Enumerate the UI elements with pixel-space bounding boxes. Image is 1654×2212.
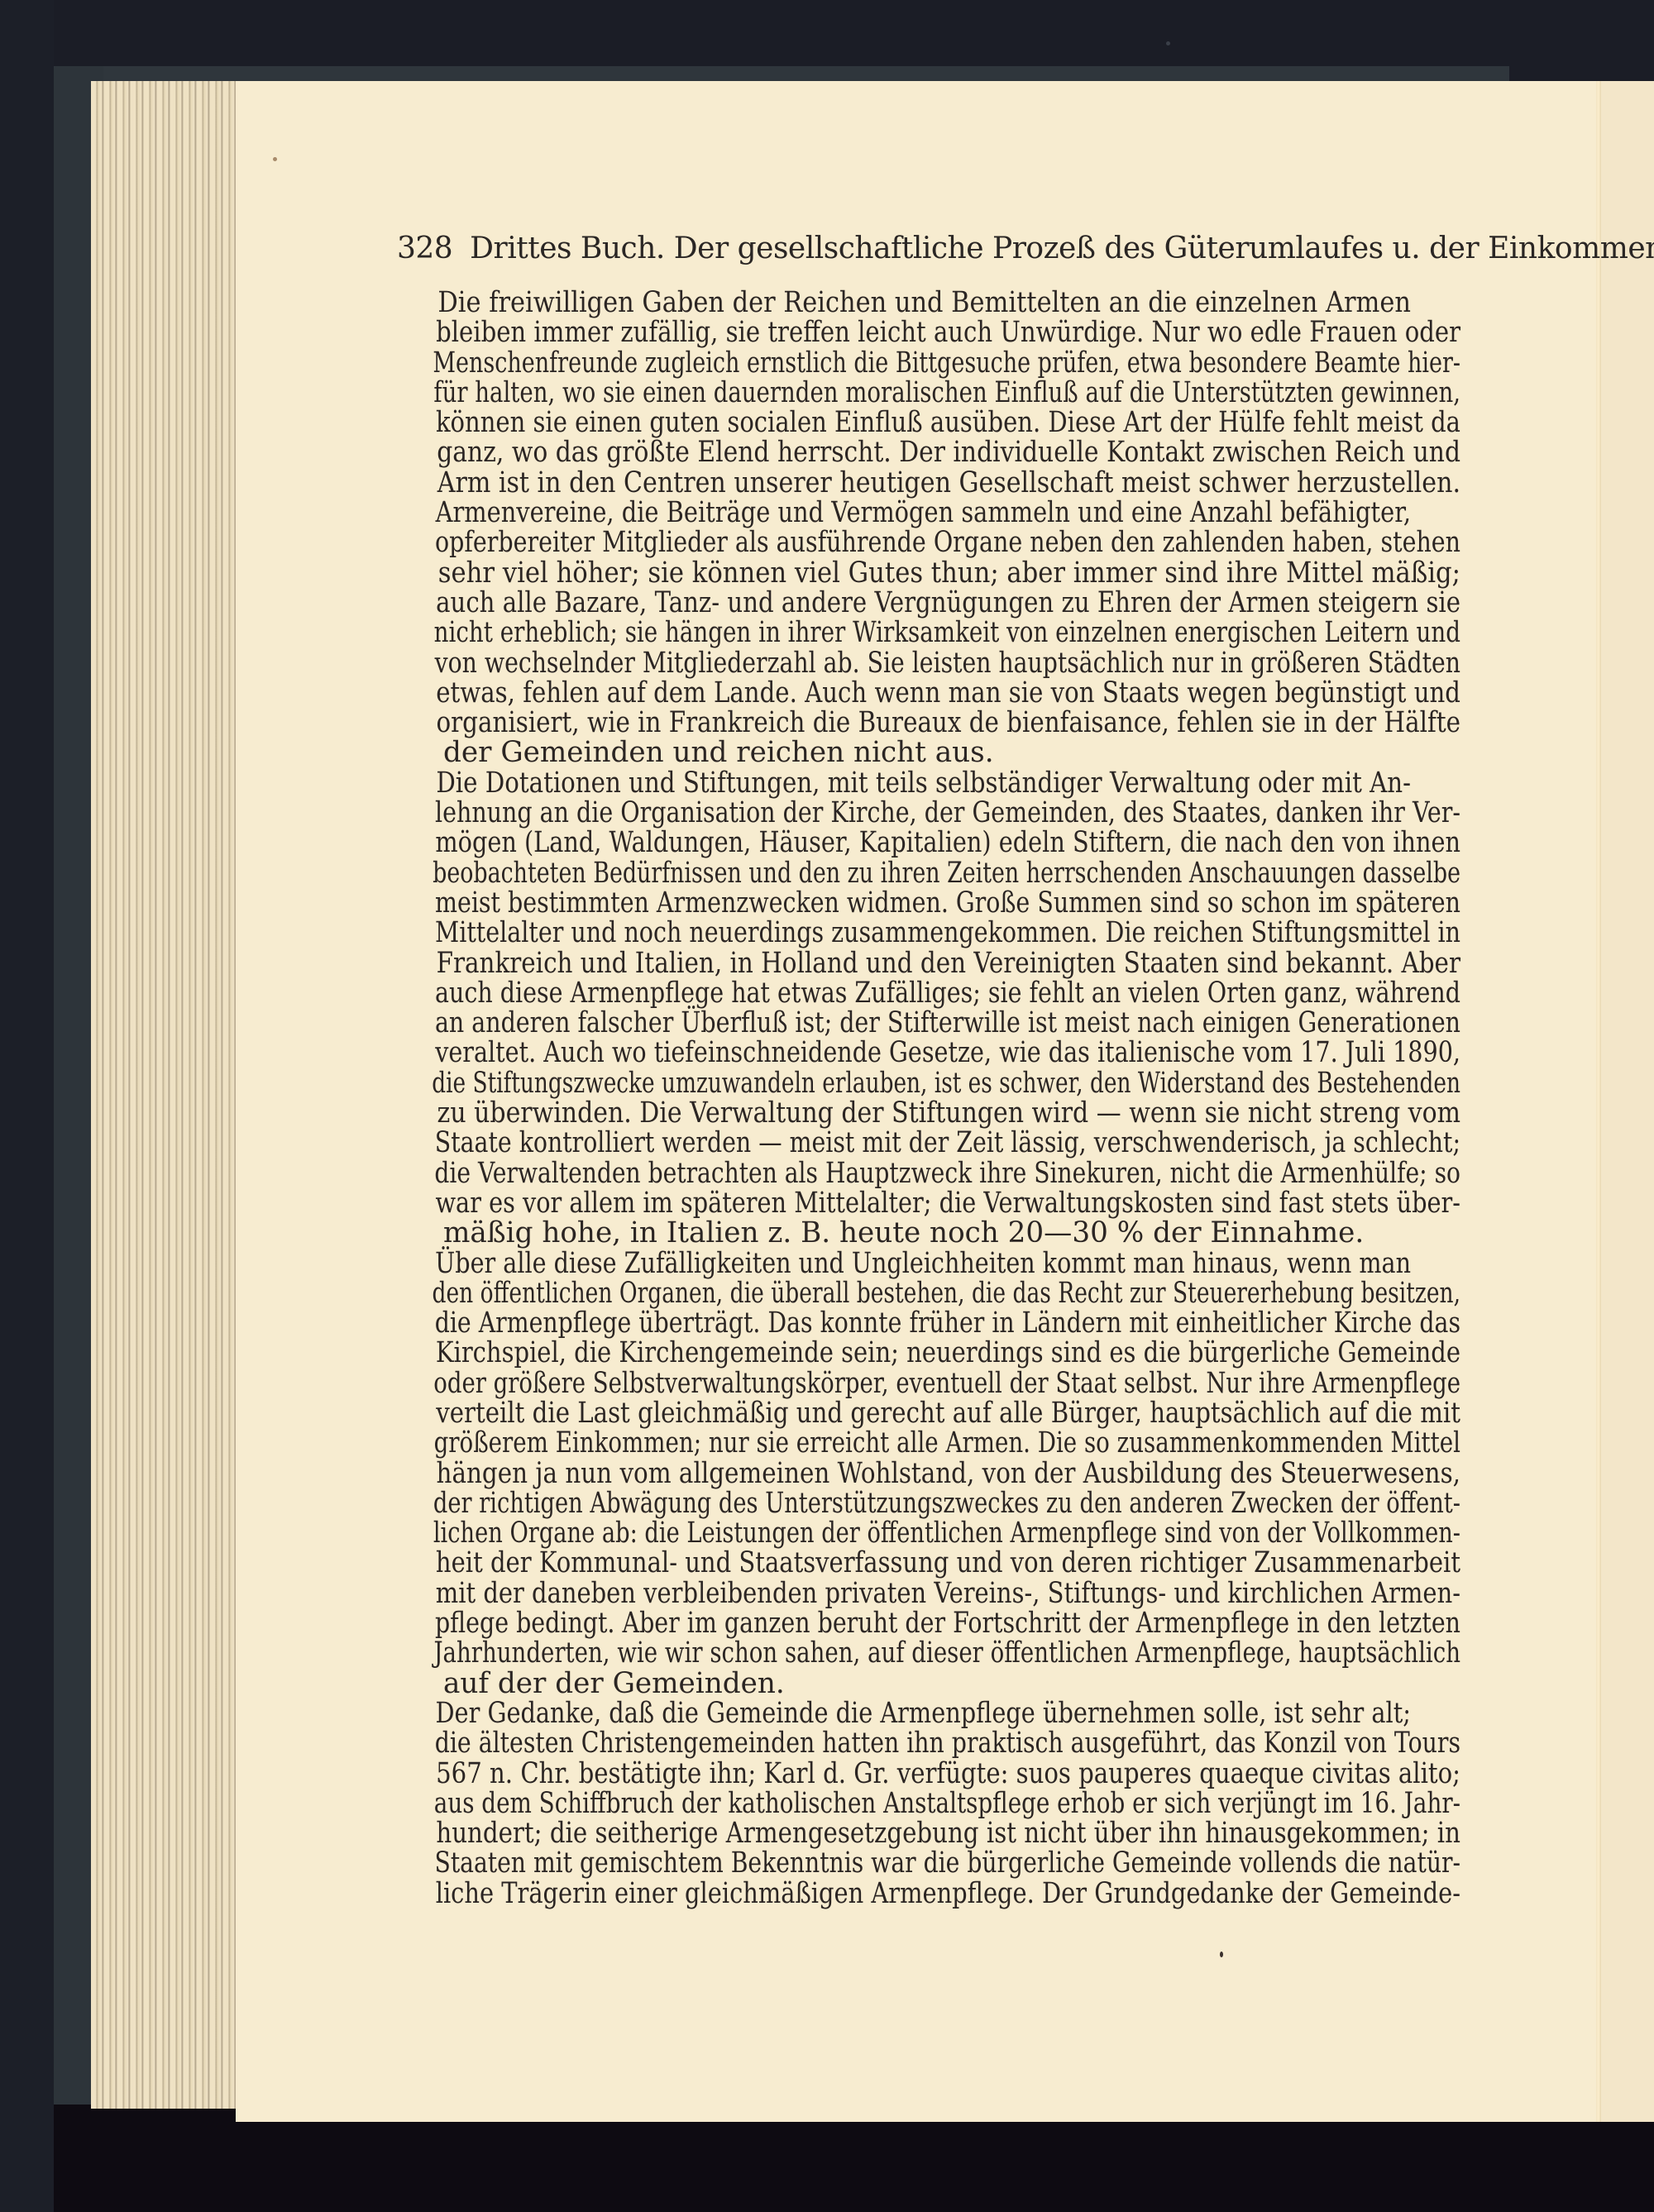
text-line: hundert; die seitherige Armengesetzgebun… xyxy=(394,1818,1460,1848)
text-line: veraltet. Auch wo tiefeinschneidende Ges… xyxy=(394,1038,1460,1068)
text-line: bleiben immer zufällig, sie treffen leic… xyxy=(394,318,1460,347)
text-line: Die Dotationen und Stiftungen, mit teils… xyxy=(394,768,1411,798)
text-line: sehr viel höher; sie können viel Gutes t… xyxy=(394,558,1460,588)
page-edge-stack xyxy=(91,81,236,2109)
text-line: von wechselnder Mitgliederzahl ab. Sie l… xyxy=(394,648,1460,678)
text-line: mäßig hohe, in Italien z. B. heute noch … xyxy=(394,1218,1460,1248)
paragraph-freiwillige-gaben: Die freiwilligen Gaben der Reichen und B… xyxy=(394,288,1460,498)
text-line: mit der daneben verbleibenden privaten V… xyxy=(394,1579,1460,1608)
text-line: Staate kontrolliert werden — meist mit d… xyxy=(394,1128,1460,1158)
text-line: Arm ist in den Centren unserer heutigen … xyxy=(394,468,1460,498)
scan-backdrop-left xyxy=(0,0,54,2212)
text-line: die Verwaltenden betrachten als Hauptzwe… xyxy=(394,1159,1460,1188)
next-page-sliver xyxy=(1601,81,1654,2122)
text-line: Menschenfreunde zugleich ernstlich die B… xyxy=(394,348,1460,378)
text-line: beobachteten Bedürfnissen und den zu ihr… xyxy=(394,858,1460,888)
text-line: organisiert, wie in Frankreich die Burea… xyxy=(394,708,1460,738)
text-line: meist bestimmten Armenzwecken widmen. Gr… xyxy=(394,888,1460,918)
text-line: lehnung an die Organisation der Kirche, … xyxy=(394,798,1460,828)
text-line: auch diese Armenpflege hat etwas Zufälli… xyxy=(394,978,1460,1008)
text-line: Kirchspiel, die Kirchengemeinde sein; ne… xyxy=(394,1338,1460,1368)
text-line: war es vor allem im späteren Mittelalter… xyxy=(394,1188,1460,1218)
text-line: auch alle Bazare, Tanz- und andere Vergn… xyxy=(394,588,1460,618)
paper-fleck xyxy=(273,157,277,161)
text-line: die Stiftungszwecke umzuwandeln erlauben… xyxy=(394,1068,1460,1098)
paragraph-dotationen: Die Dotationen und Stiftungen, mit teils… xyxy=(394,768,1460,1249)
text-line: für halten, wo sie einen dauernden moral… xyxy=(394,378,1460,408)
page-number: 328 xyxy=(397,232,452,265)
text-line: der Gemeinden und reichen nicht aus. xyxy=(394,738,1460,767)
text-line: mögen (Land, Waldungen, Häuser, Kapitali… xyxy=(394,828,1460,858)
text-line: Der Gedanke, daß die Gemeinde die Armenp… xyxy=(394,1698,1411,1728)
text-line: Über alle diese Zufälligkeiten und Ungle… xyxy=(394,1249,1411,1278)
ink-speck xyxy=(1220,1952,1223,1957)
text-line: etwas, fehlen auf dem Lande. Auch wenn m… xyxy=(394,678,1460,708)
text-line: den öffentlichen Organen, die überall be… xyxy=(394,1278,1460,1308)
text-line: Die freiwilligen Gaben der Reichen und B… xyxy=(394,288,1411,318)
dust-speck xyxy=(1166,41,1170,45)
text-line: Mittelalter und noch neuerdings zusammen… xyxy=(394,918,1460,948)
text-line: Staaten mit gemischtem Bekenntnis war di… xyxy=(394,1848,1460,1878)
book-cover-top-edge xyxy=(54,66,1509,83)
text-line: zu überwinden. Die Verwaltung der Stiftu… xyxy=(394,1098,1460,1128)
body-text: Die freiwilligen Gaben der Reichen und B… xyxy=(394,288,1460,1909)
running-header: 328 Drittes Buch. Der gesellschaftliche … xyxy=(397,232,1472,265)
text-line: Armenvereine, die Beiträge und Vermögen … xyxy=(394,498,1411,528)
text-line: nicht erheblich; sie hängen in ihrer Wir… xyxy=(394,618,1460,647)
text-line: 567 n. Chr. bestätigte ihn; Karl d. Gr. … xyxy=(394,1759,1460,1789)
text-line: verteilt die Last gleichmäßig und gerech… xyxy=(394,1398,1460,1428)
text-line: hängen ja nun vom allgemeinen Wohlstand,… xyxy=(394,1459,1460,1488)
text-line: oder größere Selbstverwaltungskörper, ev… xyxy=(394,1369,1460,1398)
text-line: größerem Einkommen; nur sie erreicht all… xyxy=(394,1428,1460,1458)
text-line: ganz, wo das größte Elend herrscht. Der … xyxy=(394,437,1460,467)
text-line: opferbereiter Mitglieder als ausführende… xyxy=(394,528,1460,557)
text-line: die Armenpflege überträgt. Das konnte fr… xyxy=(394,1308,1460,1338)
text-line: liche Trägerin einer gleichmäßigen Armen… xyxy=(394,1879,1460,1909)
running-head-title: Drittes Buch. Der gesellschaftliche Proz… xyxy=(470,232,1654,265)
text-line: die ältesten Christengemeinden hatten ih… xyxy=(394,1728,1460,1758)
text-line: können sie einen guten socialen Einfluß … xyxy=(394,408,1460,437)
text-line: der richtigen Abwägung des Unterstützung… xyxy=(394,1488,1460,1518)
text-line: heit der Kommunal- und Staatsverfassung … xyxy=(394,1548,1460,1578)
paragraph-armenvereine: Armenvereine, die Beiträge und Vermögen … xyxy=(394,498,1460,768)
text-line: Frankreich und Italien, in Holland und d… xyxy=(394,948,1460,978)
text-line: Jahrhunderten, wie wir schon sahen, auf … xyxy=(394,1638,1460,1668)
text-line: pflege bedingt. Aber im ganzen beruht de… xyxy=(394,1608,1460,1638)
text-line: aus dem Schiffbruch der katholischen Ans… xyxy=(394,1789,1460,1818)
text-line: auf der der Gemeinden. xyxy=(394,1669,1460,1698)
paragraph-gemeinde-armenpflege: Der Gedanke, daß die Gemeinde die Armenp… xyxy=(394,1698,1460,1909)
text-line: lichen Organe ab: die Leistungen der öff… xyxy=(394,1518,1460,1548)
text-line: an anderen falscher Überfluß ist; der St… xyxy=(394,1008,1460,1038)
paragraph-oeffentliche-organe: Über alle diese Zufälligkeiten und Ungle… xyxy=(394,1249,1460,1698)
